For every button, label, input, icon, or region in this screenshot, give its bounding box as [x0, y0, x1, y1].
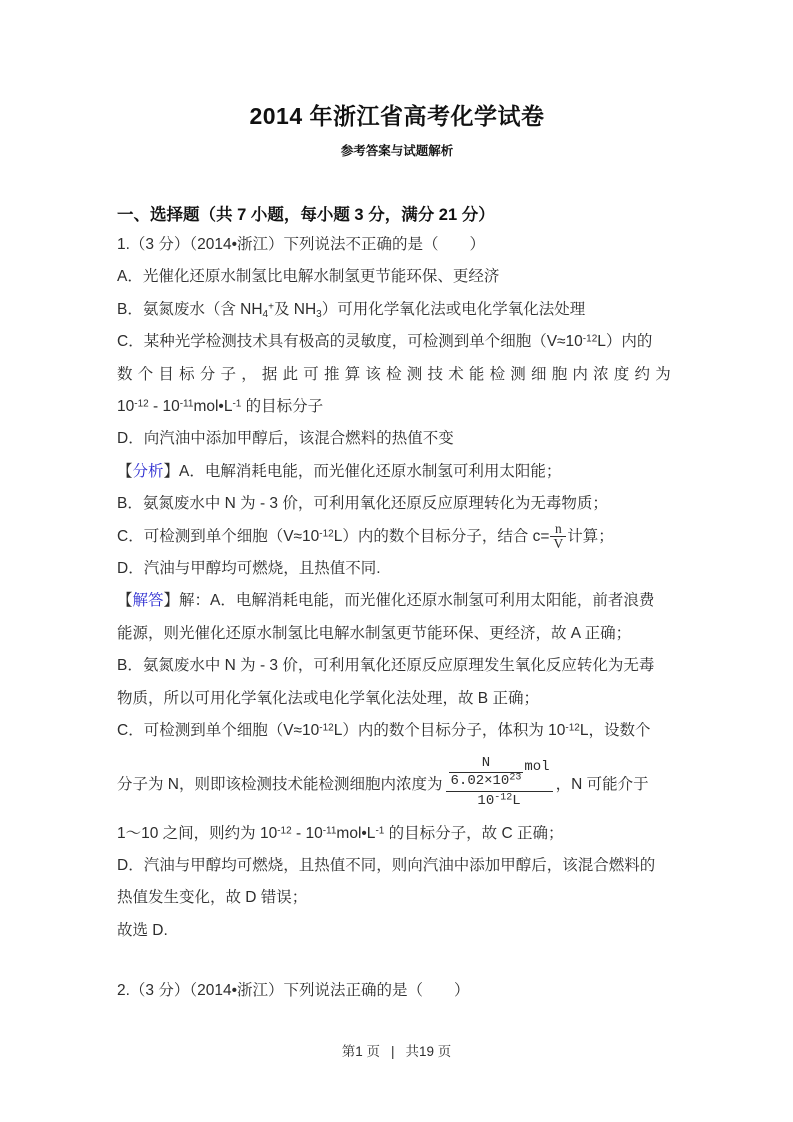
q1-option-c-line2: 数个目标分子，据此可推算该检测技术能检测细胞内浓度约为 [117, 359, 677, 391]
superscript: 23 [509, 772, 521, 783]
text-run: L，设数个 [580, 722, 651, 739]
q1-analysis-line-a: 【分析】A．电解消耗电能，而光催化还原水制氢可利用太阳能； [117, 456, 677, 488]
text-run: C．可检测到单个细胞（V≈10 [117, 528, 319, 545]
text-run: L [512, 793, 520, 809]
q1-answer-line-b2: 物质，所以可用化学氧化法或电化学氧化法处理，故 B 正确； [117, 683, 677, 715]
text-run: - 10 [149, 398, 180, 415]
page-subtitle: 参考答案与试题解析 [117, 143, 677, 160]
bracket: 】 [164, 463, 180, 480]
total-pages-label: 共19 页 [406, 1044, 452, 1059]
text-run: C．可检测到单个细胞（V≈10 [117, 722, 319, 739]
text-run: L）内的数个目标分子，结合 c= [334, 528, 550, 545]
superscript: -11 [180, 399, 194, 410]
text-run: 6.02×10 [451, 773, 510, 789]
text-run: 解：A．电解消耗电能，而光催化还原水制氢可利用太阳能，前者浪费 [179, 592, 654, 609]
bracket: 【 [117, 463, 133, 480]
text-run: 10 [117, 398, 134, 415]
q1-option-d: D．向汽油中添加甲醇后，该混合燃料的热值不变 [117, 423, 677, 455]
superscript: -12 [565, 723, 579, 734]
fraction-numerator: n [552, 522, 565, 536]
q1-option-c-line1: C．某种光学检测技术具有极高的灵敏度，可检测到单个细胞（V≈10-12L）内的 [117, 326, 677, 358]
text-run: 10 [477, 793, 494, 809]
bracket: 【 [117, 592, 133, 609]
q1-answer-line-c2: 分子为 N，则即该检测技术能检测细胞内浓度为 N 6.02×1023 mol 1… [117, 748, 677, 818]
text-run: L）内的数个目标分子，体积为 10 [334, 722, 566, 739]
superscript: -12 [494, 793, 512, 804]
text-run: 分子为 N，则即该检测技术能检测细胞内浓度为 [117, 772, 443, 794]
footer-separator: | [391, 1044, 395, 1059]
superscript: -12 [277, 825, 291, 836]
superscript: -1 [375, 825, 384, 836]
q1-option-a: A．光催化还原水制氢比电解水制氢更节能环保、更经济 [117, 261, 677, 293]
superscript: -12 [319, 528, 333, 539]
text-run: ）可用化学氧化法或电化学氧化法处理 [322, 301, 586, 318]
q1-analysis-line-d: D．汽油与甲醇均可燃烧，且热值不同. [117, 553, 677, 585]
text-run: A．电解消耗电能，而光催化还原水制氢可利用太阳能； [179, 463, 561, 480]
text-run: B．氨氮废水（含 NH [117, 301, 263, 318]
answer-label: 解答 [133, 592, 164, 609]
q1-answer-line-d2: 热值发生变化，故 D 错误； [117, 882, 677, 914]
fraction-numerator: N 6.02×1023 mol [446, 755, 553, 793]
q1-answer-line-d1: D．汽油与甲醇均可燃烧，且热值不同，则向汽油中添加甲醇后，该混合燃料的 [117, 850, 677, 882]
q1-answer-conclusion: 故选 D. [117, 915, 677, 947]
q1-answer-line-a1: 【解答】解：A．电解消耗电能，而光催化还原水制氢可利用太阳能，前者浪费 [117, 585, 677, 617]
superscript: -12 [134, 399, 148, 410]
current-page-label: 第1 页 [342, 1044, 380, 1059]
text-run: 及 NH [274, 301, 316, 318]
text-run: 1～10 之间，则约为 10 [117, 825, 277, 842]
bracket: 】 [164, 592, 180, 609]
text-run: - 10 [292, 825, 323, 842]
text-run: ，N 可能介于 [556, 772, 649, 794]
q1-answer-line-a2: 能源，则光催化还原水制氢比电解水制氢更节能环保、更经济，故 A 正确； [117, 618, 677, 650]
text-run: C．某种光学检测技术具有极高的灵敏度，可检测到单个细胞（V≈10 [117, 333, 583, 350]
q1-stem: 1.（3 分）（2014•浙江）下列说法不正确的是（ ） [117, 229, 677, 261]
n-over-v-fraction: nV [550, 522, 566, 551]
section-heading: 一、选择题（共 7 小题，每小题 3 分，满分 21 分） [117, 203, 677, 227]
page-footer: 第1 页|共19 页 [0, 1040, 793, 1060]
fraction-denominator: V [550, 536, 566, 551]
q1-answer-line-b1: B．氨氮废水中 N 为 - 3 价，可利用氧化还原反应原理发生氧化反应转化为无毒 [117, 650, 677, 682]
text-run: mol•L [193, 398, 232, 415]
inner-fraction-numerator: N [480, 755, 492, 772]
fraction-denominator: 10-12L [477, 792, 520, 810]
q2-stem: 2.（3 分）（2014•浙江）下列说法正确的是（ ） [117, 975, 677, 1007]
text-run: 的目标分子 [241, 398, 323, 415]
q1-answer-line-c3: 1～10 之间，则约为 10-12 - 10-11mol•L-1 的目标分子，故… [117, 818, 677, 850]
superscript: -12 [319, 723, 333, 734]
superscript: -11 [323, 825, 337, 836]
inner-fraction-denominator: 6.02×1023 [449, 772, 524, 790]
q1-answer-line-c1: C．可检测到单个细胞（V≈10-12L）内的数个目标分子，体积为 10-12L，… [117, 715, 677, 747]
superscript: -12 [583, 334, 597, 345]
document-page: 2014 年浙江省高考化学试卷 参考答案与试题解析 一、选择题（共 7 小题，每… [0, 103, 793, 1008]
q1-option-b: B．氨氮废水（含 NH4+及 NH3）可用化学氧化法或电化学氧化法处理 [117, 294, 677, 326]
text-run: 的目标分子，故 C 正确； [384, 825, 563, 842]
q1-analysis-line-b: B．氨氮废水中 N 为 - 3 价，可利用氧化还原反应原理转化为无毒物质； [117, 488, 677, 520]
q1-analysis-line-c: C．可检测到单个细胞（V≈10-12L）内的数个目标分子，结合 c=nV计算； [117, 521, 677, 553]
inner-fraction: N 6.02×1023 [449, 755, 524, 790]
page-title: 2014 年浙江省高考化学试卷 [117, 103, 677, 129]
analysis-label: 分析 [133, 463, 164, 480]
concentration-fraction: N 6.02×1023 mol 10-12L [446, 755, 553, 810]
text-run: 计算； [567, 528, 614, 545]
q1-option-c-line3: 10-12 - 10-11mol•L-1 的目标分子 [117, 391, 677, 423]
fraction-unit: mol [524, 759, 549, 776]
text-run: mol•L [336, 825, 375, 842]
text-run: L）内的 [597, 333, 652, 350]
